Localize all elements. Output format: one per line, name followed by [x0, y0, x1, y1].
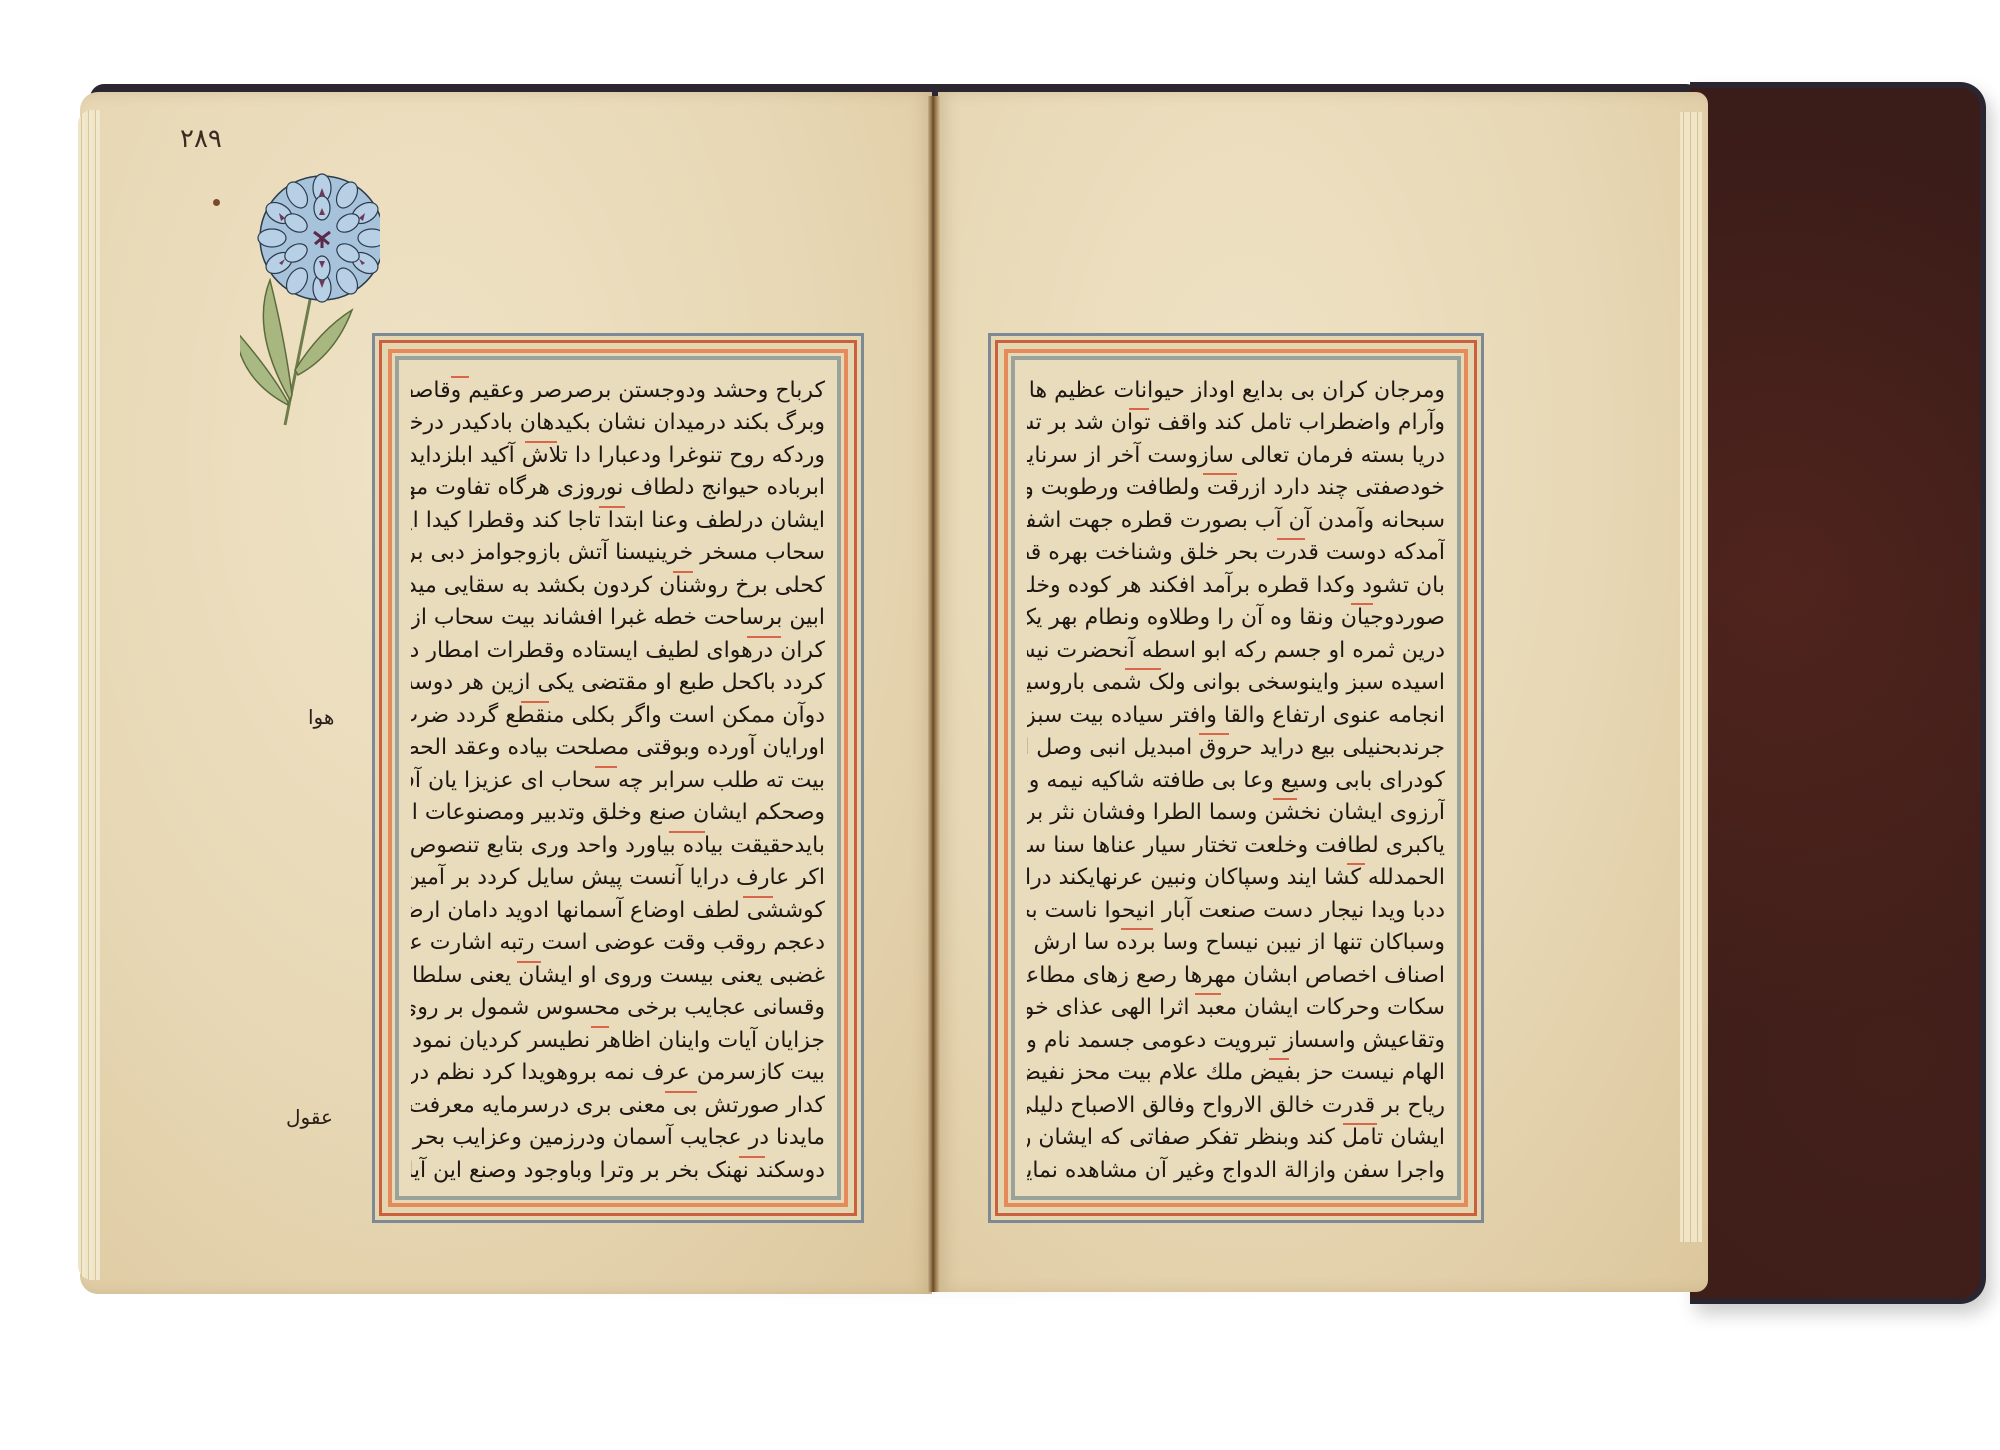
manuscript-line: دوسکند نهنک بخر بر وترا وباوجود وصنع این… [411, 1154, 825, 1186]
manuscript-line: دریا بسته فرمان تعالی سازوست آخر از سرنا… [1027, 439, 1445, 471]
manuscript-line: وصحکم ایشان صنع وخلق وتدبیر ومصنوعات الص… [411, 796, 825, 828]
manuscript-line: بایدحقیقت بیاده بیاورد واحد وری بتابع تن… [411, 829, 825, 861]
manuscript-line: الحمدلله کشا ایند وسپاکان ونبین عرنهایکن… [1027, 861, 1445, 893]
rubric-overline [1125, 668, 1161, 670]
manuscript-line: دوآن ممکن است واگر بکلی منقطع گردد ضرب ب… [411, 699, 825, 731]
rubric-overline [1343, 1123, 1377, 1125]
manuscript-line: آمدکه دوست قدرت بحر خلق وشناخت بهره قطره… [1027, 536, 1445, 568]
rubric-overline [1121, 928, 1153, 930]
rubric-overline [525, 441, 557, 443]
manuscript-line: خودصفتی چند دارد ازرقت ولطافت ورطوبت وعذ… [1027, 471, 1445, 503]
manuscript-line: یاکبری لطافت وخلعت تختار سیار عناها سنا … [1027, 829, 1445, 861]
manuscript-line: اسیده سبز واینوسخی بوانی ولک شمی باروسیا… [1027, 666, 1445, 698]
manuscript-line: درین ثمره او جسم رکه ابو اسطه آنحضرت نیس… [1027, 634, 1445, 666]
rubric-overline [1351, 603, 1373, 605]
manuscript-line: ابین برساحت خطه غبرا افشاند بیت سحاب ازم… [411, 601, 825, 633]
manuscript-line: اکر عارف درایا آنست پیش سایل کردد بر آمی… [411, 861, 825, 893]
manuscript-line: کران درهوای لطیف ایستاده وقطرات امطار در… [411, 634, 825, 666]
rubric-overline [451, 376, 469, 378]
manuscript-line: سکات وحرکات ایشان معبد اثرا الهی عذای خو… [1027, 991, 1445, 1023]
manuscript-line: وردکه روح تنوغرا ودعبارا دا تلاش آکید اب… [411, 439, 825, 471]
folio-number: ٢٨٩ [180, 124, 222, 154]
manuscript-line: ریاح بر قدرت خالق الارواح وفالق الاصباح … [1027, 1089, 1445, 1121]
margin-note-2: عقول [286, 1105, 333, 1129]
rubric-overline [665, 1091, 697, 1093]
rubric-overline [595, 766, 617, 768]
rubric-overline [1269, 1058, 1289, 1060]
manuscript-line: ایشان تامل کند وبنظر تفکر صفاتی که ایشان… [1027, 1121, 1445, 1153]
rubric-overline [747, 636, 781, 638]
manuscript-line: جزایان آیات واینان اظاهر نطیسر کردیان نم… [411, 1024, 825, 1056]
manuscript-line: جرندبحنیلی بیع دراید حروق امبدیل انبی وص… [1027, 731, 1445, 763]
rubric-overline [1277, 538, 1305, 540]
rubric-overline [1195, 993, 1221, 995]
manuscript-line: کرباح وحشد ودوجستن برصرصر وعقیم وقاصف وع… [411, 374, 825, 406]
left-page-edges [78, 110, 100, 1280]
manuscript-line: وقسانی عجایب برخی محسوس شمول بر روی آب ا… [411, 991, 825, 1023]
manuscript-line: انجامه عنوی ارتفاع والقا وافتر سیاده بیت… [1027, 699, 1445, 731]
manuscript-line: بیت ته طلب سرابر چه سحاب ای عزیزا یان آف… [411, 764, 825, 796]
chrysanthemum-illumination-icon [240, 170, 380, 430]
manuscript-line: اصناف اخصاص ابشان مهرها رصع زهای مطاعم ا… [1027, 959, 1445, 991]
manuscript-line: بیت کازسرمن عرف نمه بروهویدا کرد نظم درا… [411, 1056, 825, 1088]
rubric-overline [521, 701, 549, 703]
manuscript-line: ابرباده حیوانج دلطاف نوروزی هرگاه تفاوت … [411, 471, 825, 503]
manuscript-line: سحاب مسخر خرینیسنا آتش بازوجوامز دبی برا… [411, 536, 825, 568]
manuscript-line: کحلی برخ روشنان کردون بکشد به سقایی میدا… [411, 569, 825, 601]
margin-note-1: هوا [308, 705, 334, 729]
rubric-overline [743, 896, 773, 898]
rubric-overline [1273, 798, 1297, 800]
manuscript-line: دعجم روقب وقت عوضی است رتبه اشارت عهد ای… [411, 926, 825, 958]
right-page-edges [1680, 112, 1702, 1242]
right-text-panel: ومرجان کران بی بدایع اوداز حیوانات عظیم … [988, 333, 1484, 1223]
manuscript-line: سبحانه وآمدن آن آب بصورت قطره جهت اشفاع … [1027, 504, 1445, 536]
left-text-panel: کرباح وحشد ودوجستن برصرصر وعقیم وقاصف وع… [372, 333, 864, 1223]
manuscript-line: مایدنا در عجایب آسمان ودرزمین وعزایب بحر… [411, 1121, 825, 1153]
manuscript-line: کردد باکحل طبع او مقتضی یکی ازین هر دوست… [411, 666, 825, 698]
rubric-overline [591, 1026, 609, 1028]
manuscript-line: کدار صورتش بی معنی بری درسرمایه معرفت بر… [411, 1089, 825, 1121]
manuscript-line: آرزوی ایشان نخشن وسما الطرا وفشان نثر بر… [1027, 796, 1445, 828]
manuscript-line: ایشان درلطف وعنا ابتدا تاجا کند وقطرا کی… [411, 504, 825, 536]
rubric-overline [1203, 473, 1237, 475]
rubric-overline [599, 506, 625, 508]
manuscript-line: بان تشود وکدا قطره برآمد افکند هر کوده و… [1027, 569, 1445, 601]
manuscript-line: وآرام واضطراب تامل کند واقف توان شد بر ت… [1027, 406, 1445, 438]
rubric-overline [517, 961, 541, 963]
manuscript-line: اورایان آورده وبوقتی مصلحت بیاده وعقد ال… [411, 731, 825, 763]
ink-dot [213, 199, 220, 206]
manuscript-line: الهام نیست حز بفیض ملك علام بیت محز نفیض… [1027, 1056, 1445, 1088]
rubric-overline [669, 831, 705, 833]
manuscript-line: وبرگ بکند درمیدان نشان بکیدهان بادکیدر د… [411, 406, 825, 438]
rubric-overline [1199, 733, 1229, 735]
manuscript-line: وتقاعیش واسساز تبرویت دعومی جسمد نام واس… [1027, 1024, 1445, 1056]
right-text-block: ومرجان کران بی بدایع اوداز حیوانات عظیم … [1027, 374, 1445, 1186]
book-gutter [928, 96, 940, 1292]
manuscript-line: صوردوجیان ونقا وه آن را وطلاوه ونطام بهر… [1027, 601, 1445, 633]
left-text-block: کرباح وحشد ودوجستن برصرصر وعقیم وقاصف وع… [411, 374, 825, 1186]
manuscript-line: کودرای بابی وسیع وعا بی طافته شاکیه نیمه… [1027, 764, 1445, 796]
manuscript-line: غضبی یعنی بیست وروی او ایشان یعنی سلطان … [411, 959, 825, 991]
rubric-overline [739, 1156, 765, 1158]
manuscript-line: کوششی لطف اوضاع آسمانها ادوید دامان ارضی… [411, 894, 825, 926]
manuscript-line: وسباکان تنها از نیبن نیساح وسا برده سا ا… [1027, 926, 1445, 958]
leather-back-cover [1690, 82, 1986, 1304]
rubric-overline [673, 571, 693, 573]
manuscript-line: واجرا سفن وازالة الدواج وغیر آن مشاهده ن… [1027, 1154, 1445, 1186]
manuscript-line: ومرجان کران بی بدایع اوداز حیوانات عظیم … [1027, 374, 1445, 406]
rubric-overline [1129, 408, 1149, 410]
rubric-overline [1347, 863, 1365, 865]
manuscript-line: ددبا ویدا نیجار دست صنعت آبار انیحوا ناس… [1027, 894, 1445, 926]
